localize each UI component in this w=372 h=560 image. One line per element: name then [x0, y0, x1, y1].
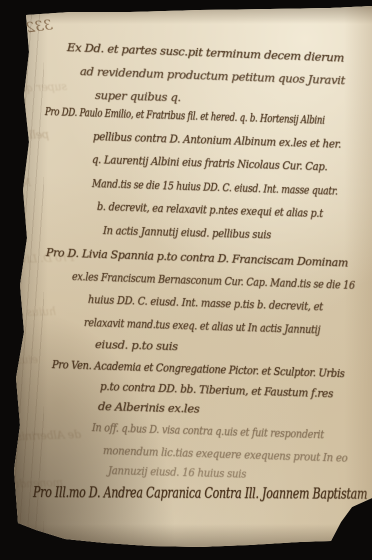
bleedthrough-line: Pro Ill.mo D. Andrea Capranica Contra Il… [0, 530, 45, 555]
manuscript-line: de Alberinis ex.les [98, 399, 200, 416]
handwriting-layer: Ex Dd. et partes susc.pit terminum decem… [0, 0, 372, 560]
manuscript-line: Ex Dd. et partes susc.pit terminum decem… [67, 40, 345, 65]
manuscript-line: In off. q.bus D. visa contra q.uis et fu… [92, 420, 324, 441]
manuscript-line: ex.les Franciscum Bernasconum Cur. Cap. … [72, 269, 355, 292]
manuscript-line: Pro Ven. Academia et Congregatione Picto… [52, 357, 345, 380]
bleedthrough-line: ad revidendum productum petitum quos Jur… [0, 53, 6, 75]
manuscript-line: huius DD. C. eiusd. Int. masse p.tis b. … [88, 292, 323, 313]
manuscript-line: b. decrevit, ea relaxavit p.ntes exequi … [97, 199, 323, 220]
bleedthrough-line: In off. q.bus D. visa contra q.uis et fu… [0, 455, 2, 477]
manuscript-line: Jannuzij eiusd. 16 huius suis [108, 463, 247, 481]
manuscript-line: relaxavit mand.tus exeq. et alias ut In … [84, 315, 321, 336]
manuscript-line: pellibus contra D. Antonium Albinum ex.l… [93, 129, 342, 151]
folio-number: 332 [25, 17, 53, 36]
manuscript-line: p.to contra DD. bb. Tiberium, et Faustum… [100, 379, 334, 400]
manuscript-line: Pro D. Livia Spannia p.to contra D. Fran… [46, 245, 348, 270]
manuscript-page: Ex Dd. et partes susc.pit terminum decem… [0, 0, 372, 560]
manuscript-photo: Ex Dd. et partes susc.pit terminum decem… [0, 0, 372, 560]
manuscript-line: In actis Jannutij eiusd. pellibus suis [103, 223, 271, 241]
manuscript-line: ad revidendum productum petitum quos Jur… [80, 64, 345, 87]
manuscript-line: q. Laurentij Albini eius fratris Nicolau… [92, 152, 328, 173]
manuscript-line: monendum lic.tias exequere exequens prou… [103, 443, 348, 465]
manuscript-line: Pro DD. Paulo Emilio, et Fratribus fil. … [45, 104, 325, 127]
bleedthrough-line: In actis Jannutij eiusd. pellibus suis [0, 230, 13, 250]
bleedthrough-line: p.to contra DD. bb. Tiberium, et Faustum… [0, 401, 20, 423]
manuscript-line: Pro Ill.mo D. Andrea Capranica Contra Il… [33, 485, 367, 503]
manuscript-line: super quibus q. [95, 88, 181, 104]
manuscript-line: Mand.tis se die 15 huius DD. C. eiusd. I… [92, 176, 338, 198]
manuscript-line: eiusd. p.to suis [95, 337, 178, 353]
